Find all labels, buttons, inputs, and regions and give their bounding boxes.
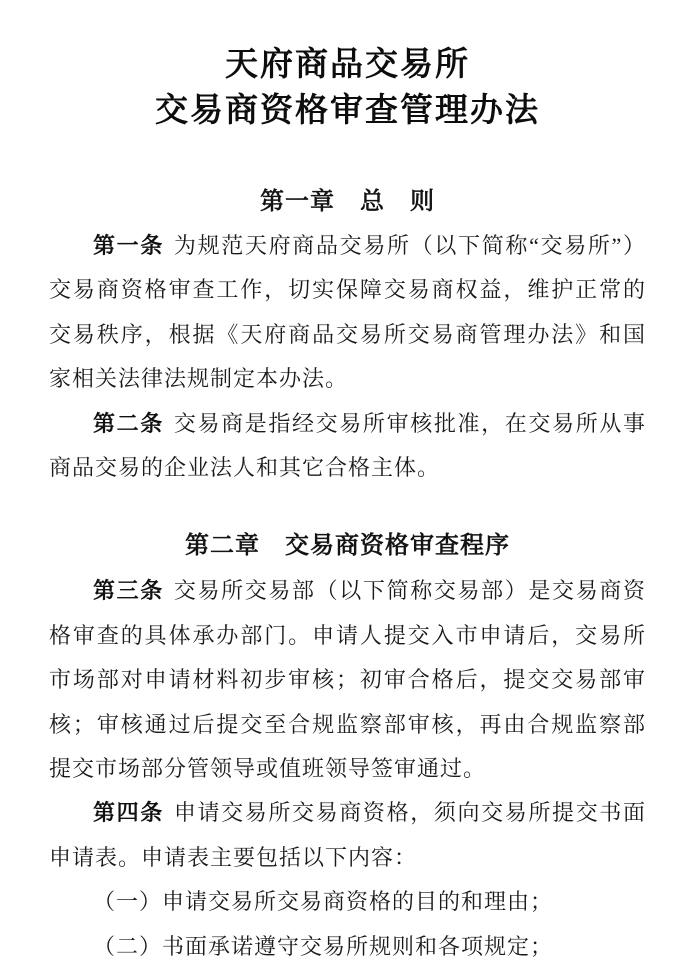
article-2-paragraph: 第二条交易商是指经交易所审核批准，在交易所从事商品交易的企业法人和其它合格主体。 — [49, 402, 646, 491]
article-1-label: 第一条 — [93, 233, 164, 258]
chapter-2-heading: 第二章 交易商资格审查程序 — [49, 530, 646, 562]
document-title-line-1: 天府商品交易所 — [49, 42, 646, 88]
article-3-label: 第三条 — [93, 578, 164, 603]
article-4-label: 第四条 — [93, 800, 164, 825]
document-title-line-2: 交易商资格审查管理办法 — [49, 88, 646, 134]
list-item-2: （二）书面承诺遵守交易所规则和各项规定； — [49, 925, 646, 964]
article-3-paragraph: 第三条交易所交易部（以下简称交易部）是交易商资格审查的具体承办部门。申请人提交入… — [49, 569, 646, 791]
article-4-paragraph: 第四条申请交易所交易商资格，须向交易所提交书面申请表。申请表主要包括以下内容： — [49, 791, 646, 880]
document-page: 天府商品交易所 交易商资格审查管理办法 第一章 总 则 第一条为规范天府商品交易… — [0, 0, 695, 964]
article-2-label: 第二条 — [93, 411, 164, 436]
article-1-paragraph: 第一条为规范天府商品交易所（以下简称“交易所”）交易商资格审查工作，切实保障交易… — [49, 224, 646, 402]
list-item-1: （一）申请交易所交易商资格的目的和理由； — [49, 880, 646, 924]
article-3-text: 交易所交易部（以下简称交易部）是交易商资格审查的具体承办部门。申请人提交入市申请… — [49, 578, 646, 781]
chapter-1-heading: 第一章 总 则 — [49, 186, 646, 218]
document-title: 天府商品交易所 交易商资格审查管理办法 — [49, 0, 646, 134]
